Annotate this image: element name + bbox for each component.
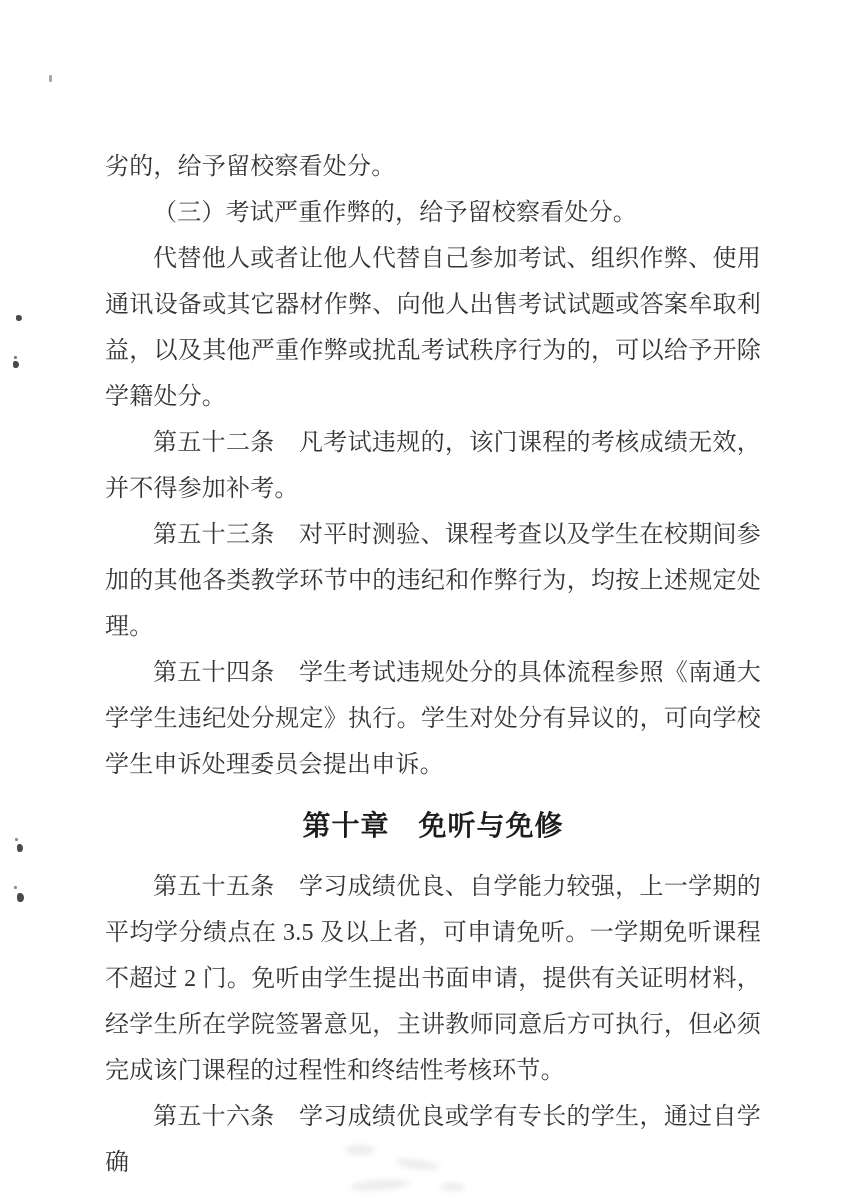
document-page: 劣的，给予留校察看处分。 （三）考试严重作弊的，给予留校察看处分。 代替他人或者… bbox=[0, 0, 847, 1200]
ink-speck bbox=[49, 75, 52, 82]
ink-speck bbox=[17, 893, 24, 902]
ink-speck bbox=[14, 886, 17, 889]
document-body: 劣的，给予留校察看处分。 （三）考试严重作弊的，给予留校察看处分。 代替他人或者… bbox=[105, 144, 761, 1186]
paragraph-article-52: 第五十二条 凡考试违规的，该门课程的考核成绩无效，并不得参加补考。 bbox=[105, 420, 761, 512]
paragraph-article-54: 第五十四条 学生考试违规处分的具体流程参照《南通大学学生违纪处分规定》执行。学生… bbox=[105, 650, 761, 788]
paragraph-clause-three: （三）考试严重作弊的，给予留校察看处分。 bbox=[105, 190, 761, 236]
paragraph-continuation: 劣的，给予留校察看处分。 bbox=[105, 144, 761, 190]
ink-speck bbox=[14, 356, 17, 359]
paragraph-cheating-expulsion: 代替他人或者让他人代替自己参加考试、组织作弊、使用通讯设备或其它器材作弊、向他人… bbox=[105, 236, 761, 420]
ink-speck bbox=[13, 361, 19, 368]
paragraph-article-56: 第五十六条 学习成绩优良或学有专长的学生，通过自学确 bbox=[105, 1094, 761, 1186]
paragraph-article-53: 第五十三条 对平时测验、课程考查以及学生在校期间参加的其他各类教学环节中的违纪和… bbox=[105, 512, 761, 650]
ink-speck bbox=[16, 315, 22, 321]
chapter-heading: 第十章 免听与免修 bbox=[105, 803, 761, 849]
paragraph-article-55: 第五十五条 学习成绩优良、自学能力较强，上一学期的平均学分绩点在 3.5 及以上… bbox=[105, 864, 761, 1094]
ink-speck bbox=[17, 844, 23, 852]
ink-speck bbox=[15, 838, 18, 841]
